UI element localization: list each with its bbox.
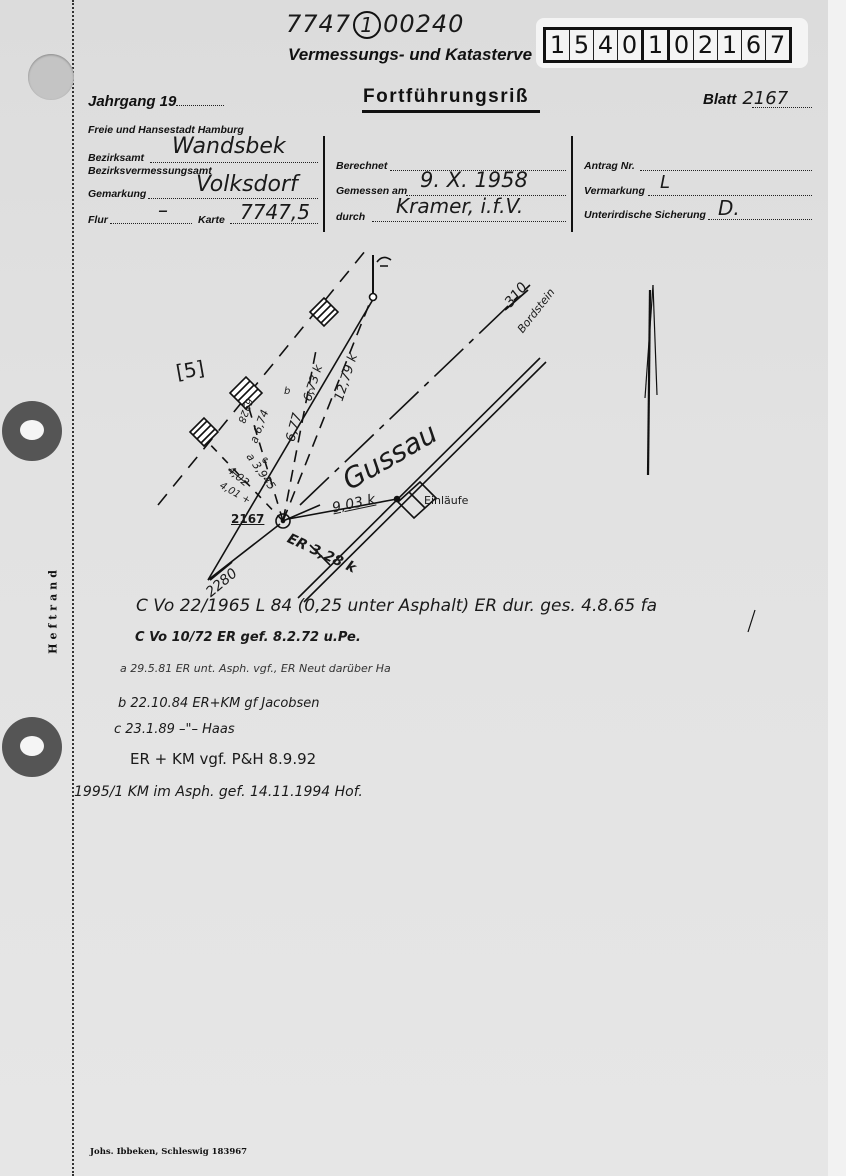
- note-line-3: a 29.5.81 ER unt. Asph. vgf., ER Neut da…: [120, 662, 391, 675]
- label-e: e: [262, 455, 268, 466]
- parcel-ref: [5]: [174, 356, 206, 385]
- signal-eye: [377, 257, 391, 266]
- note-line-5: c 23.1.89 –"– Haas: [114, 722, 235, 737]
- label-b: b: [284, 386, 290, 397]
- printer-imprint: Johs. Ibbeken, Schleswig 183967: [90, 1147, 247, 1157]
- drain-divider: [409, 492, 425, 508]
- point-number: 2167: [231, 512, 264, 526]
- signal-point: [370, 294, 377, 301]
- building-3: [190, 418, 218, 446]
- north-arrow-right: [653, 285, 657, 395]
- label-c: c: [308, 386, 314, 397]
- note-line-2: C Vo 10/72 ER gef. 8.2.72 u.Pe.: [135, 630, 361, 645]
- short-ray: [283, 505, 320, 521]
- survey-sketch: [0, 0, 846, 1176]
- note-line-7: 1995/1 KM im Asph. gef. 14.11.1994 Hof.: [74, 784, 363, 800]
- note-line-6: ER + KM vgf. P&H 8.9.92: [130, 750, 316, 768]
- building-1: [310, 298, 338, 326]
- note-line-4: b 22.10.84 ER+KM gf Jacobsen: [118, 696, 320, 711]
- line-2280: [208, 524, 280, 580]
- drain-label: Einläufe: [424, 494, 468, 507]
- note-line-1: C Vo 22/1965 L 84 (0,25 unter Asphalt) E…: [136, 596, 657, 616]
- north-arrow-shaft: [648, 290, 650, 475]
